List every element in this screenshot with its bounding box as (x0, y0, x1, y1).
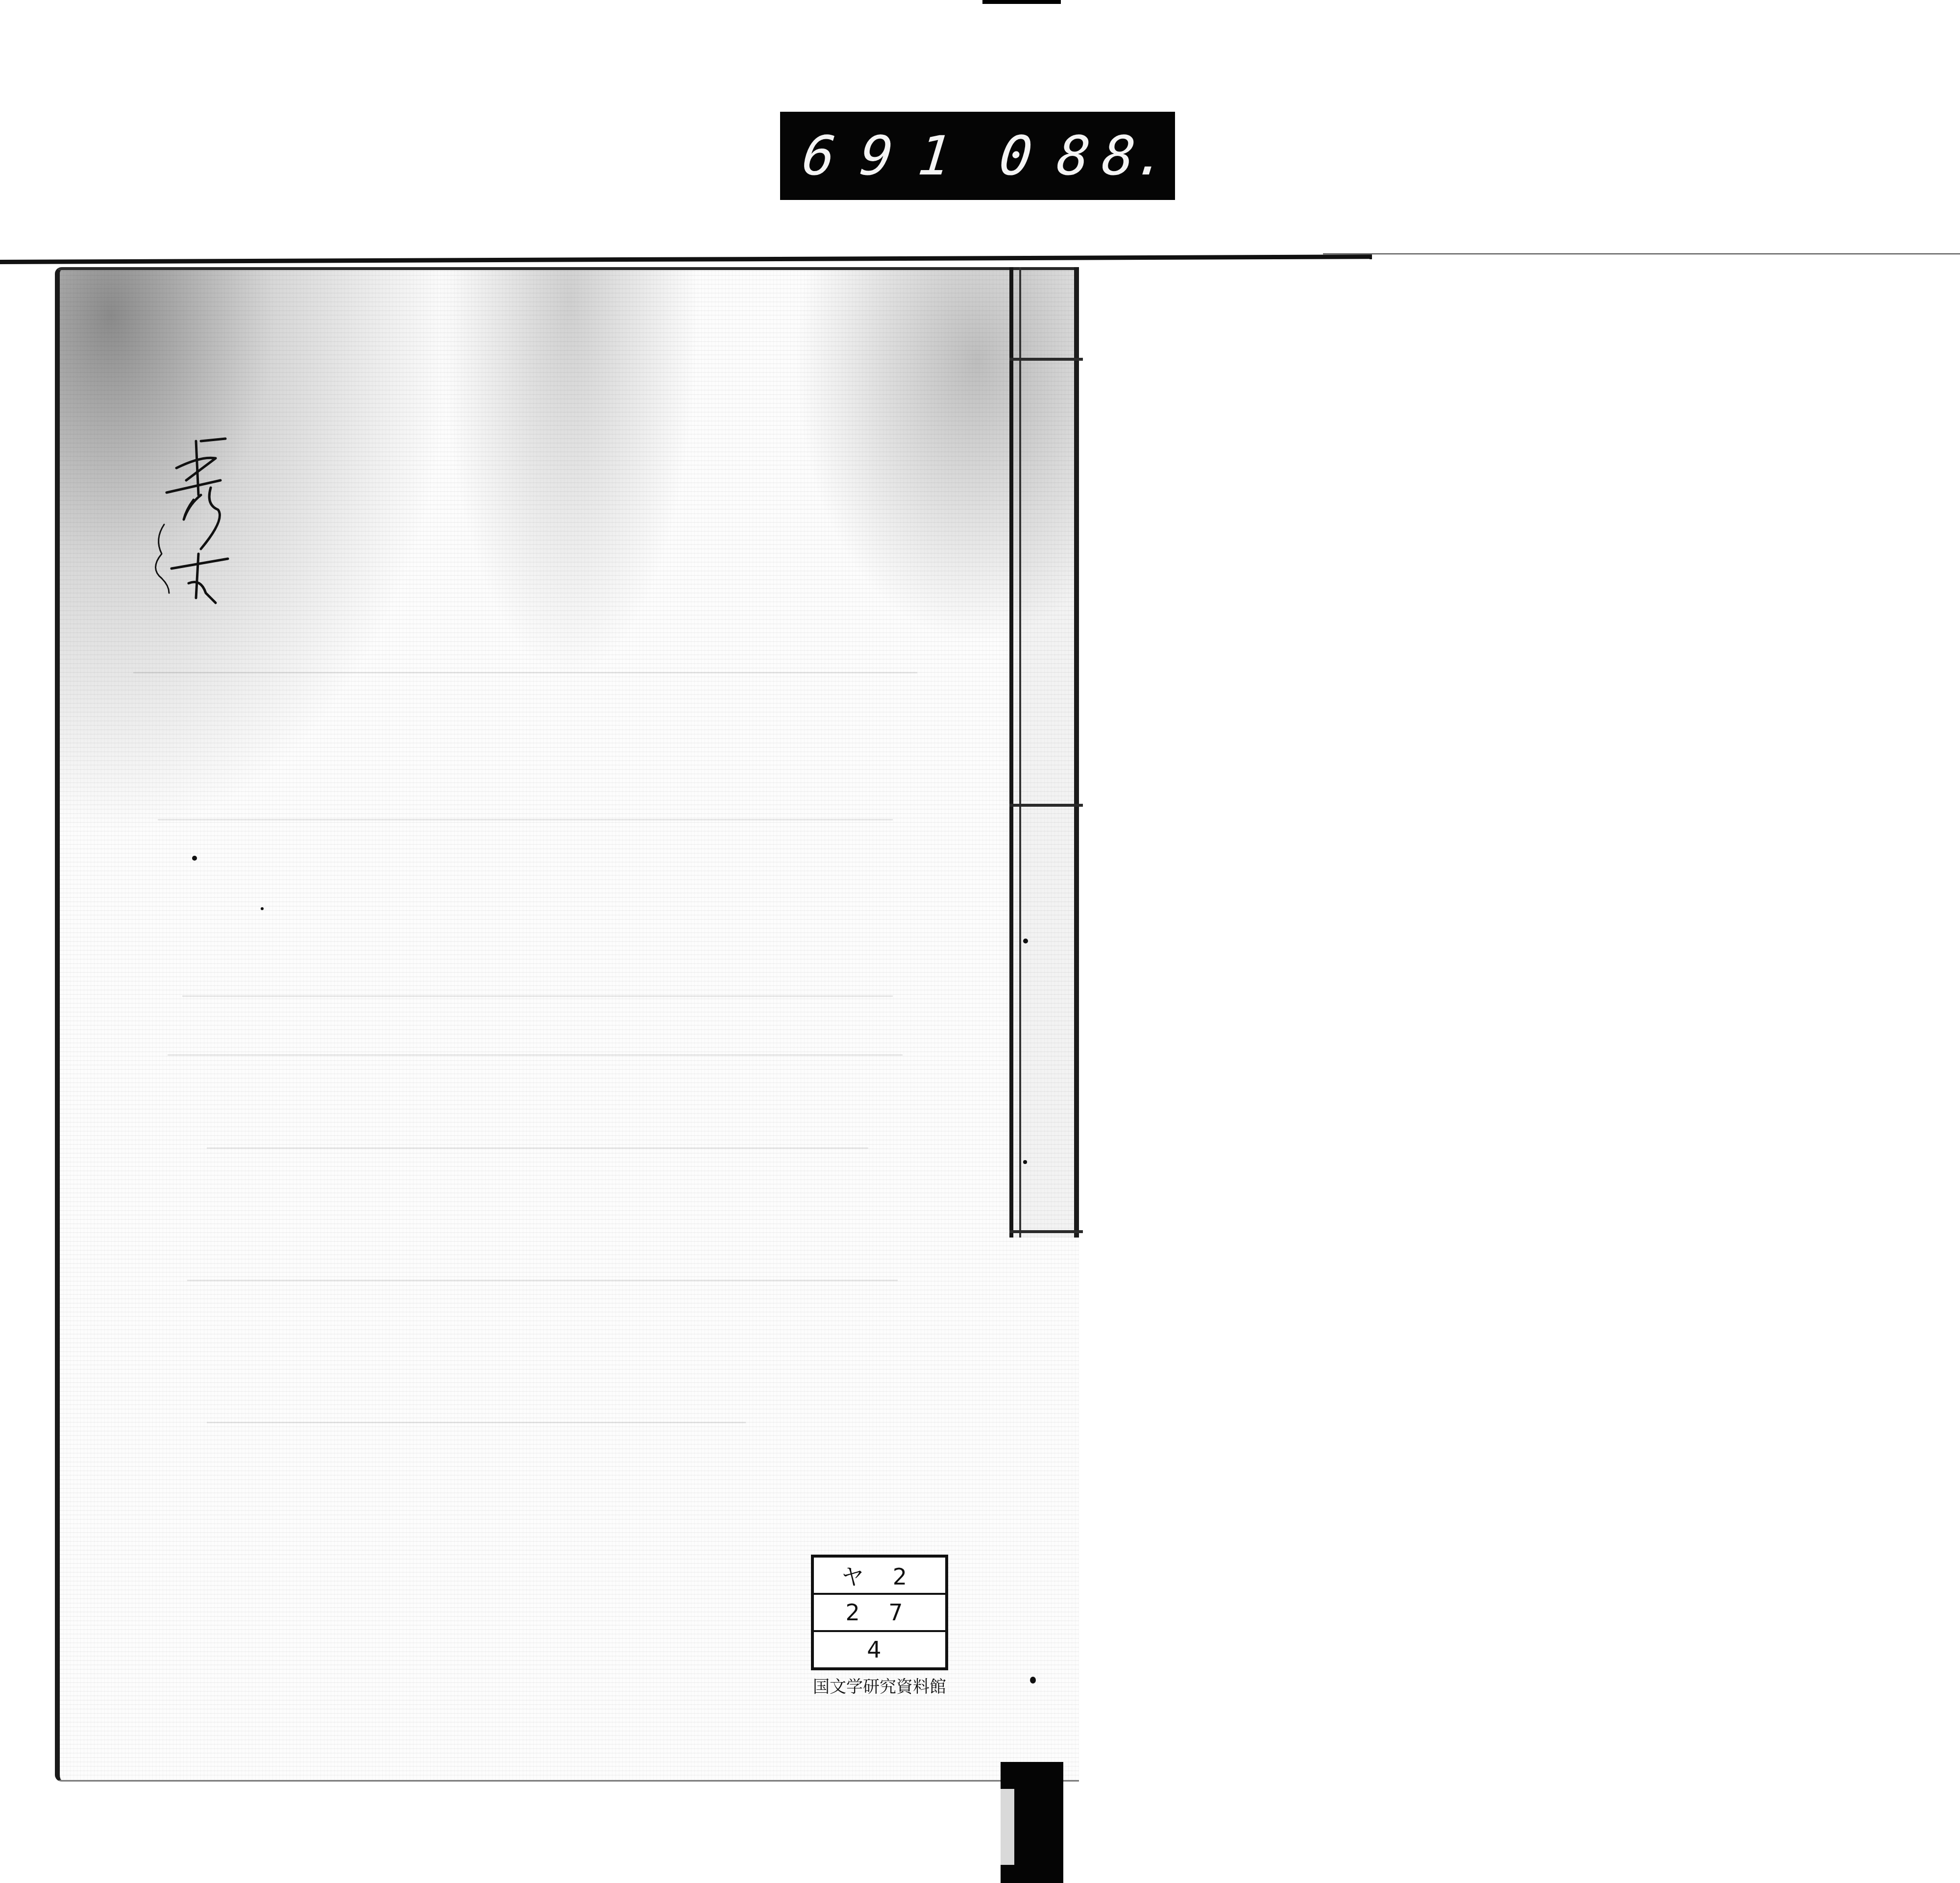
scan-light-strip (995, 1789, 1014, 1865)
spine-inner-line (1019, 267, 1021, 1238)
scanner-edge-line-thin (1323, 253, 1960, 254)
faint-print-line (158, 819, 893, 820)
institution-name: 国文学研究資料館 (811, 1673, 948, 1697)
scanner-edge-line (0, 254, 1372, 264)
binding-tie (1009, 358, 1083, 361)
counter-digit: 1 (902, 124, 966, 187)
counter-digit: 0 (983, 124, 1048, 187)
ink-speck (1023, 939, 1028, 943)
ink-speck (261, 907, 264, 910)
binding-spine (1009, 267, 1079, 1238)
binding-tie (1009, 804, 1083, 807)
faint-print-line (207, 1147, 868, 1149)
call-number-row: 4 (814, 1632, 945, 1667)
faint-print-line (187, 1280, 898, 1281)
faint-print-line (207, 1422, 746, 1423)
call-number-row: ヤ 2 (814, 1558, 945, 1595)
faint-print-line (182, 995, 893, 997)
ink-speck (192, 856, 197, 861)
call-number-label: ヤ 2 2 7 4 国文学研究資料館 (811, 1555, 948, 1697)
counter-digit: 8 (1041, 124, 1105, 187)
binding-tie (1009, 1230, 1083, 1233)
frame-counter: 6 9 1 0 8 8. (780, 112, 1175, 200)
counter-right-group: 0 8 8. (987, 124, 1160, 187)
ink-speck (1030, 1677, 1036, 1684)
scan-edge-bar (982, 0, 1061, 4)
counter-digit: 8. (1099, 124, 1163, 187)
ink-speck (1023, 1160, 1027, 1164)
faint-print-line (133, 672, 917, 673)
counter-digit: 9 (844, 124, 908, 187)
counter-left-group: 6 9 1 (790, 124, 963, 187)
counter-digit: 6 (786, 124, 851, 187)
faint-print-line (168, 1054, 903, 1056)
call-number-box: ヤ 2 2 7 4 (811, 1555, 948, 1670)
handwritten-title: 表 紙 (147, 421, 245, 618)
call-number-row: 2 7 (814, 1595, 945, 1632)
